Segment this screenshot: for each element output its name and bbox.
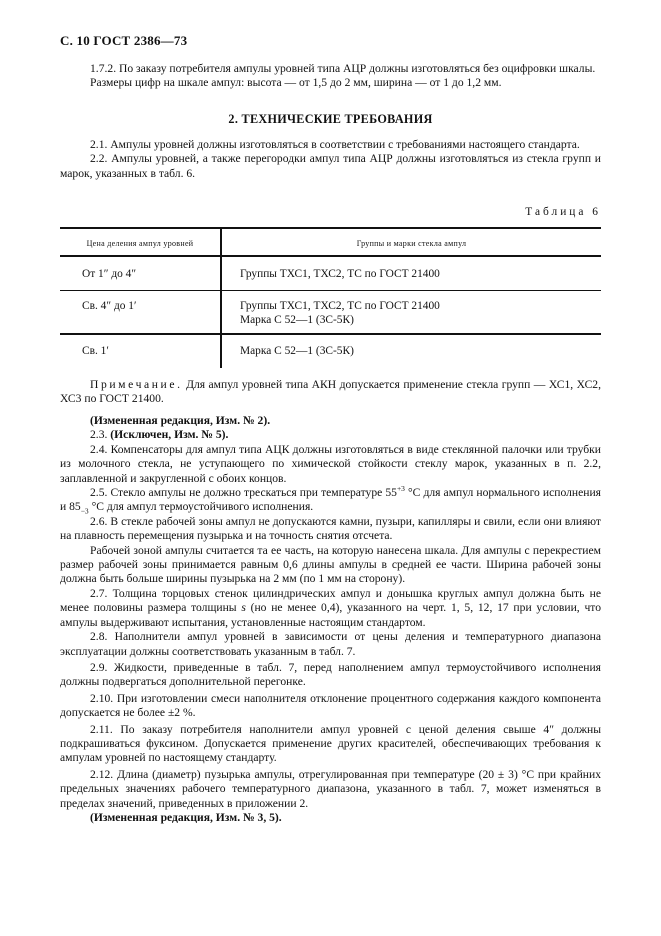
paragraphs-2-1-2-2: 2.1. Ампулы уровней должны изготовляться… (60, 138, 601, 181)
table-cell-division: От 1″ до 4″ (82, 267, 136, 281)
table-cell-glass: Группы ТХС1, ТХС2, ТС по ГОСТ 21400 (240, 299, 440, 313)
note-paragraph: Примечание. Для ампул уровней типа АКН д… (60, 378, 601, 407)
paragraph-2-1: 2.1. Ампулы уровней должны изготовляться… (60, 138, 601, 152)
paragraph-2-2: 2.2. Ампулы уровней, а также перегородки… (60, 152, 601, 181)
text-part: 2.5. Стекло ампулы не должно трескаться … (90, 486, 397, 499)
note-label: Примечание. (90, 378, 183, 391)
table-cell-glass: Марка С 52—1 (3С-5К) (240, 344, 354, 358)
table-header-division: Цена деления ампул уровней (60, 237, 220, 251)
paragraph-2-12: 2.12. Длина (диаметр) пузырька ампулы, о… (60, 768, 601, 811)
table-header-rule (60, 255, 601, 257)
table-row-rule (60, 290, 601, 291)
main-body: (Измененная редакция, Изм. № 2). 2.3. (И… (60, 414, 601, 825)
text-part: °С для ампул термоустойчивого исполнения… (89, 500, 314, 513)
amendment-note: (Измененная редакция, Изм. № 2). (60, 414, 601, 428)
paragraph-2-7: 2.7. Толщина торцовых стенок цилиндричес… (60, 587, 601, 630)
paragraph-number: 2.3. (90, 428, 107, 441)
paragraph-2-9: 2.9. Жидкости, приведенные в табл. 7, пе… (60, 661, 601, 690)
table-row-rule (60, 333, 601, 335)
paragraph-2-10: 2.10. При изготовлении смеси наполнителя… (60, 692, 601, 721)
paragraph-1-7-2: 1.7.2. По заказу потребителя ампулы уров… (60, 62, 601, 76)
paragraph-2-8: 2.8. Наполнители ампул уровней в зависим… (60, 630, 601, 659)
table-cell-glass: Группы ТХС1, ТХС2, ТС по ГОСТ 21400 (240, 267, 440, 281)
paragraph-digit-sizes: Размеры цифр на шкале ампул: высота — от… (60, 76, 601, 90)
superscript: +3 (397, 484, 405, 493)
amendment-note: (Измененная редакция, Изм. № 3, 5). (60, 811, 601, 825)
subscript: −3 (81, 507, 89, 516)
paragraph-2-6: 2.6. В стекле рабочей зоны ампул не допу… (60, 515, 601, 544)
paragraph-2-4: 2.4. Компенсаторы для ампул типа АЦК дол… (60, 443, 601, 486)
paragraph-2-5: 2.5. Стекло ампулы не должно трескаться … (60, 486, 601, 515)
table-cell-glass: Марка С 52—1 (3С-5К) (240, 313, 354, 327)
document-page: С. 10 ГОСТ 2386—73 1.7.2. По заказу потр… (0, 0, 661, 936)
table-cell-division: Св. 1′ (82, 344, 109, 358)
table-header-glass: Группы и марки стекла ампул (222, 237, 601, 251)
table-label: Таблица 6 (525, 205, 601, 219)
page-header: С. 10 ГОСТ 2386—73 (60, 34, 187, 48)
table-top-rule (60, 227, 601, 229)
table-note: Примечание. Для ампул уровней типа АКН д… (60, 378, 601, 407)
excluded-note: (Исключен, Изм. № 5). (110, 428, 228, 441)
intro-block: 1.7.2. По заказу потребителя ампулы уров… (60, 62, 601, 91)
table-cell-division: Св. 4″ до 1′ (82, 299, 136, 313)
paragraph-2-11: 2.11. По заказу потребителя наполнители … (60, 723, 601, 766)
paragraph-2-3: 2.3. (Исключен, Изм. № 5). (60, 428, 601, 442)
section-title: 2. ТЕХНИЧЕСКИЕ ТРЕБОВАНИЯ (60, 112, 601, 126)
table-6: Цена деления ампул уровней Группы и марк… (60, 227, 601, 368)
paragraph-working-zone: Рабочей зоной ампулы считается та ее час… (60, 544, 601, 587)
